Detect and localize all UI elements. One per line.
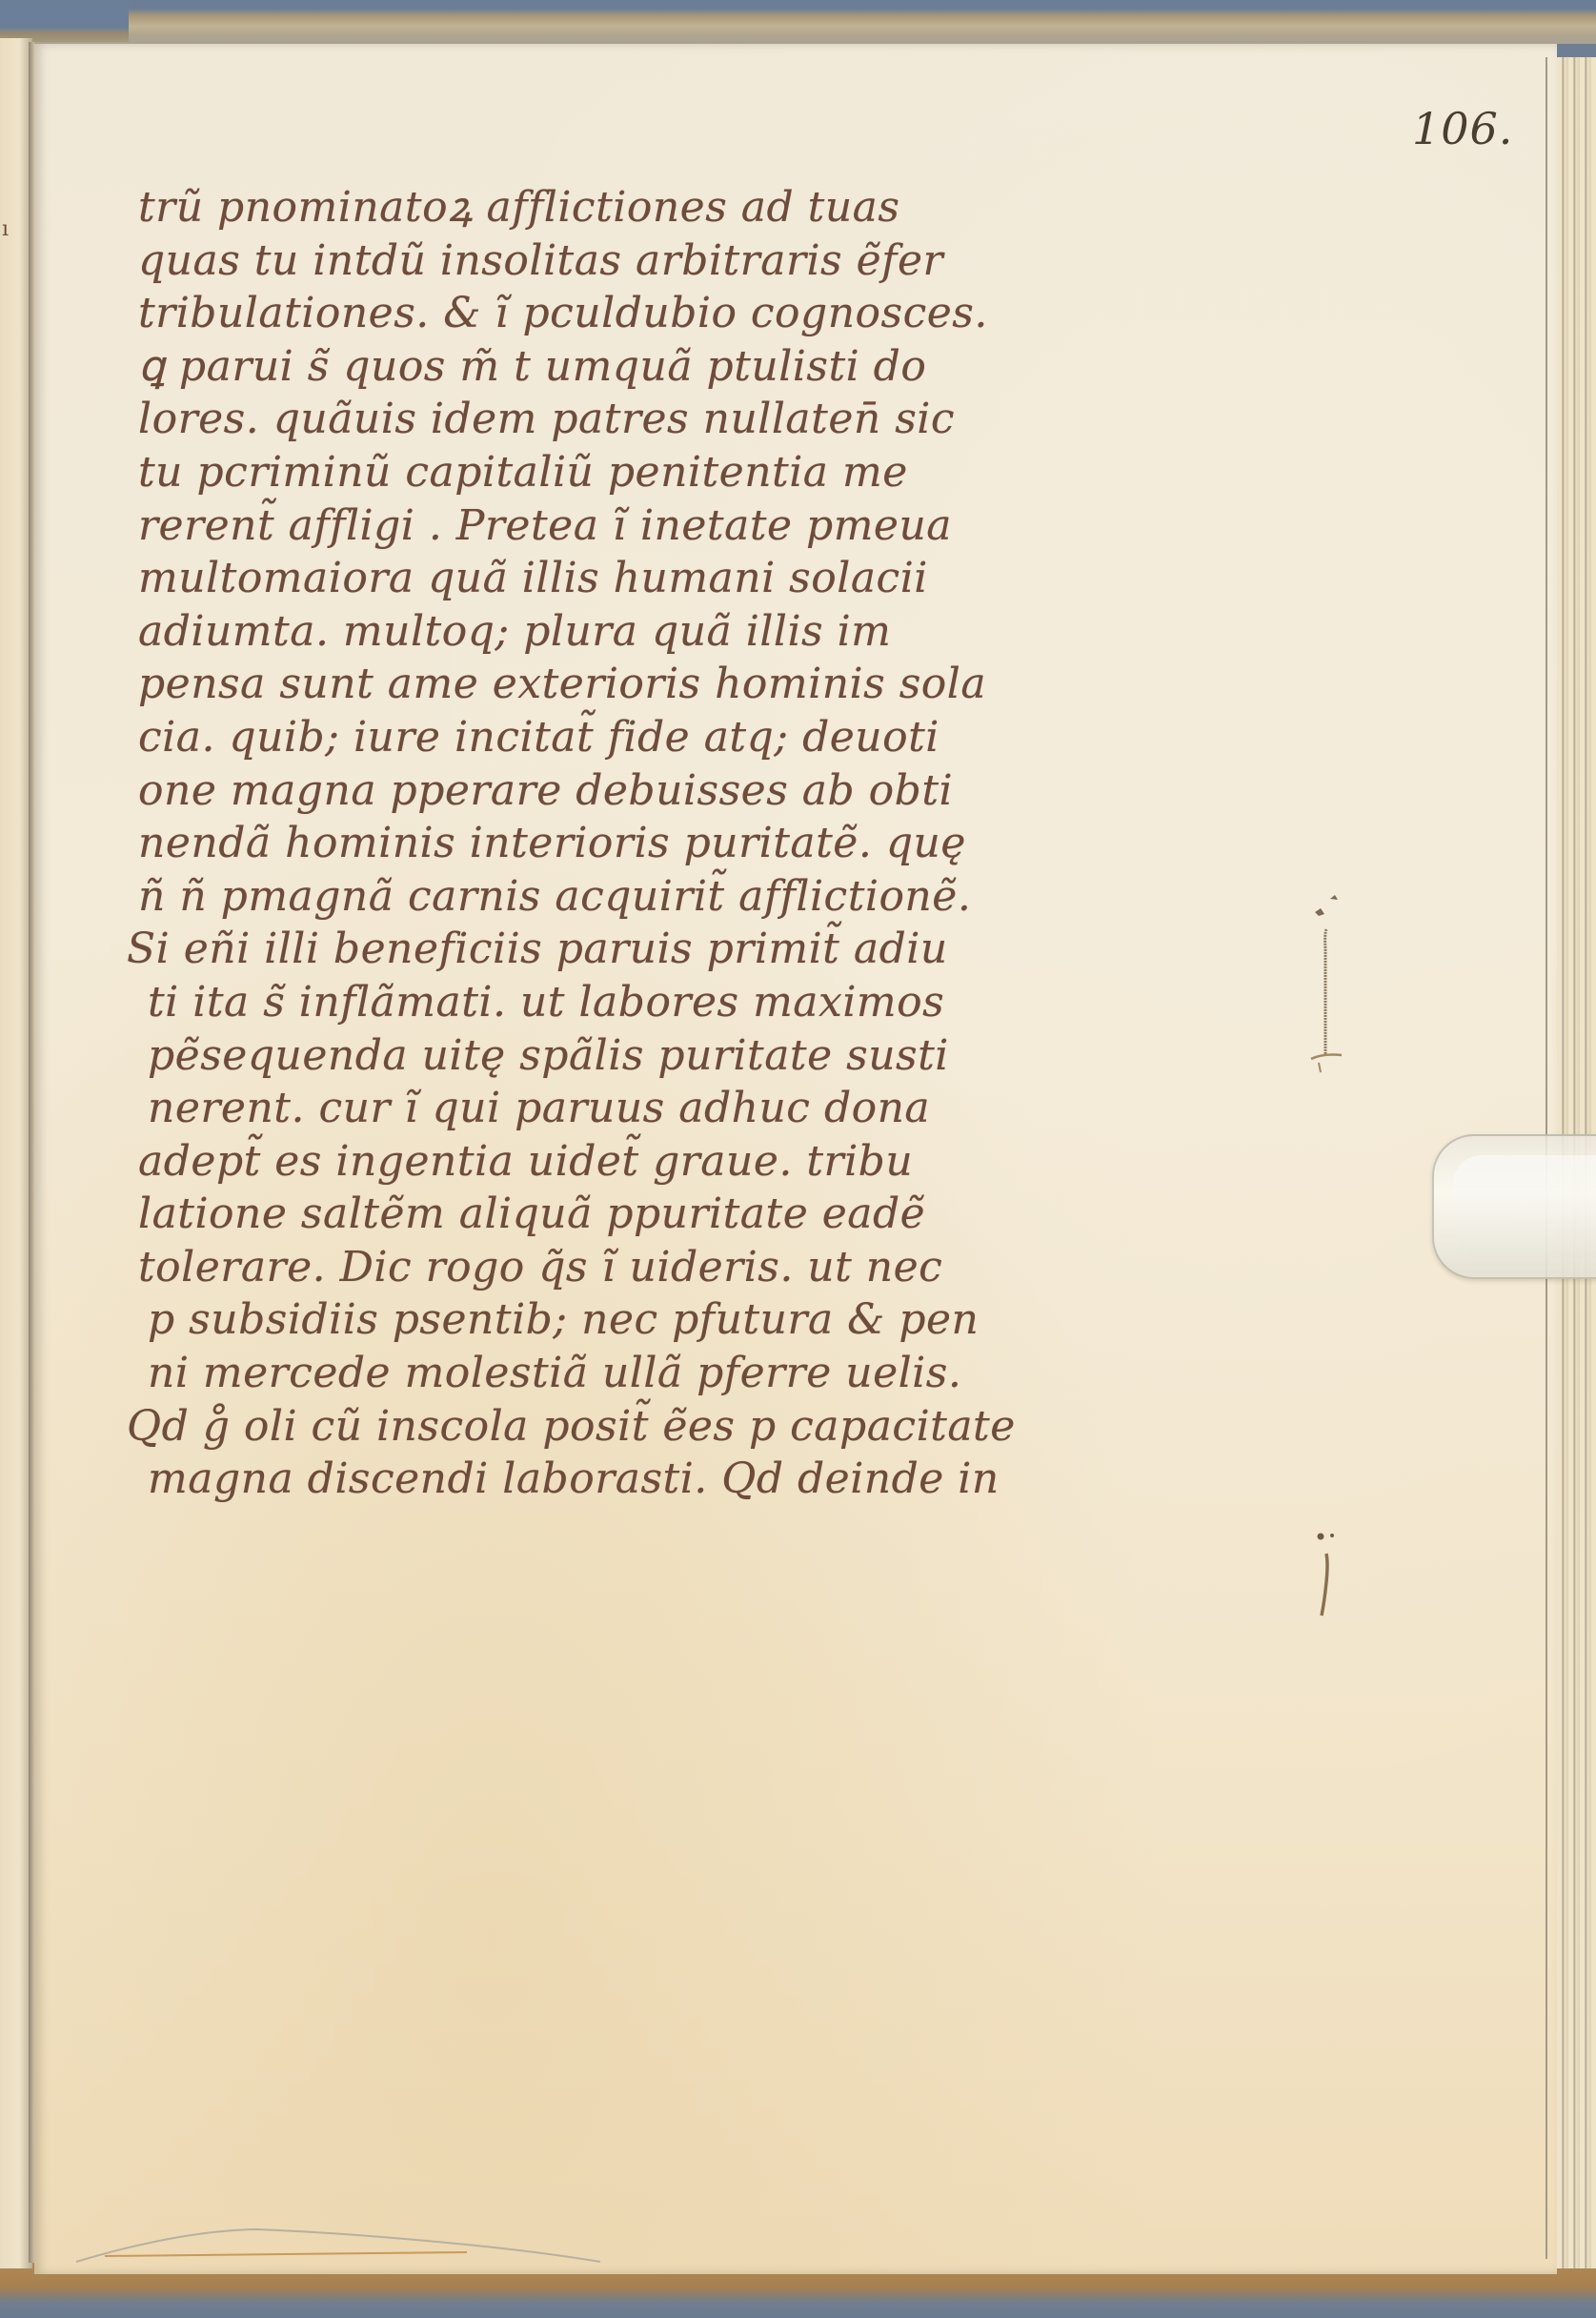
text-line: pẽsequenda uitę spãlis puritate susti	[138, 1029, 1263, 1083]
page-bottom-fold	[67, 2226, 1096, 2264]
text-line: rerent̃ affligi . Pretea ĩ inetate pmeua	[138, 499, 1263, 553]
text-line: multomaiora quã illis humani solacii	[138, 552, 1263, 605]
text-line: magna discendi laborasti. Qd deinde in	[138, 1453, 1263, 1506]
text-line: nendã hominis interioris puritatẽ. quę	[138, 817, 1263, 870]
marginal-bracket-mark	[1305, 891, 1343, 1077]
text-line: lores. quãuis idem patres nullaten̄ sic	[138, 393, 1263, 446]
book-top-edge-left	[0, 0, 129, 42]
text-line: adept̃ es ingentia uidet̃ graue. tribu	[138, 1135, 1263, 1189]
folio-number: 106.	[1412, 103, 1513, 154]
page-clip-tab	[1432, 1134, 1596, 1279]
text-line: ti ita s̃ inflãmati. ut labores maximos	[138, 976, 1263, 1029]
text-line: trũ pnominatoꝝ afflictiones ad tuas	[138, 181, 1263, 234]
marginal-mark	[1313, 1525, 1342, 1639]
text-line-initial: Qd g̊ oli cũ inscola posit̃ ẽes p capaci…	[127, 1400, 1263, 1454]
facing-page-letter-fragment: ı	[2, 217, 10, 236]
manuscript-text-block: trũ pnominatoꝝ afflictiones ad tuas quas…	[138, 181, 1263, 1506]
text-line: latione saltẽm aliquã ppuritate eadẽ	[138, 1188, 1263, 1241]
text-line: tolerare. Dic rogo q̃s ĩ uideris. ut nec	[138, 1241, 1263, 1294]
text-line: ni mercede molestiã ullã pferre uelis.	[138, 1347, 1263, 1400]
text-line-initial: Si eñi illi beneficiis paruis primit̃ ad…	[127, 923, 1263, 976]
text-line: pensa sunt ame exterioris hominis sola	[138, 658, 1263, 711]
text-line: tu pcriminũ capitaliũ penitentia me	[138, 446, 1263, 499]
text-line: nerent. cur ĩ qui paruus adhuc dona	[138, 1082, 1263, 1135]
text-line: ñ ñ pmagnã carnis acquirit̃ afflictionẽ.	[138, 870, 1263, 924]
clip-tab-highlight	[1453, 1155, 1596, 1258]
facing-page-edge	[0, 38, 32, 2268]
text-line: quas tu intdũ insolitas arbitraris ẽfer	[138, 234, 1263, 288]
text-line: p subsidiis psentib; nec pfutura & pen	[138, 1293, 1263, 1347]
text-line: cia. quib; iure incitat̃ fide atq; deuot…	[138, 711, 1263, 764]
text-line: one magna pperare debuisses ab obti	[138, 764, 1263, 818]
book-top-edge	[0, 0, 1596, 44]
text-line: tribulationes. & ĩ pculdubio cognosces.	[138, 287, 1263, 340]
text-line: adiumta. multoq; plura quã illis im	[138, 605, 1263, 659]
text-line: ꝗ parui s̃ quos m̃ t umquã ptulisti do	[138, 340, 1263, 394]
